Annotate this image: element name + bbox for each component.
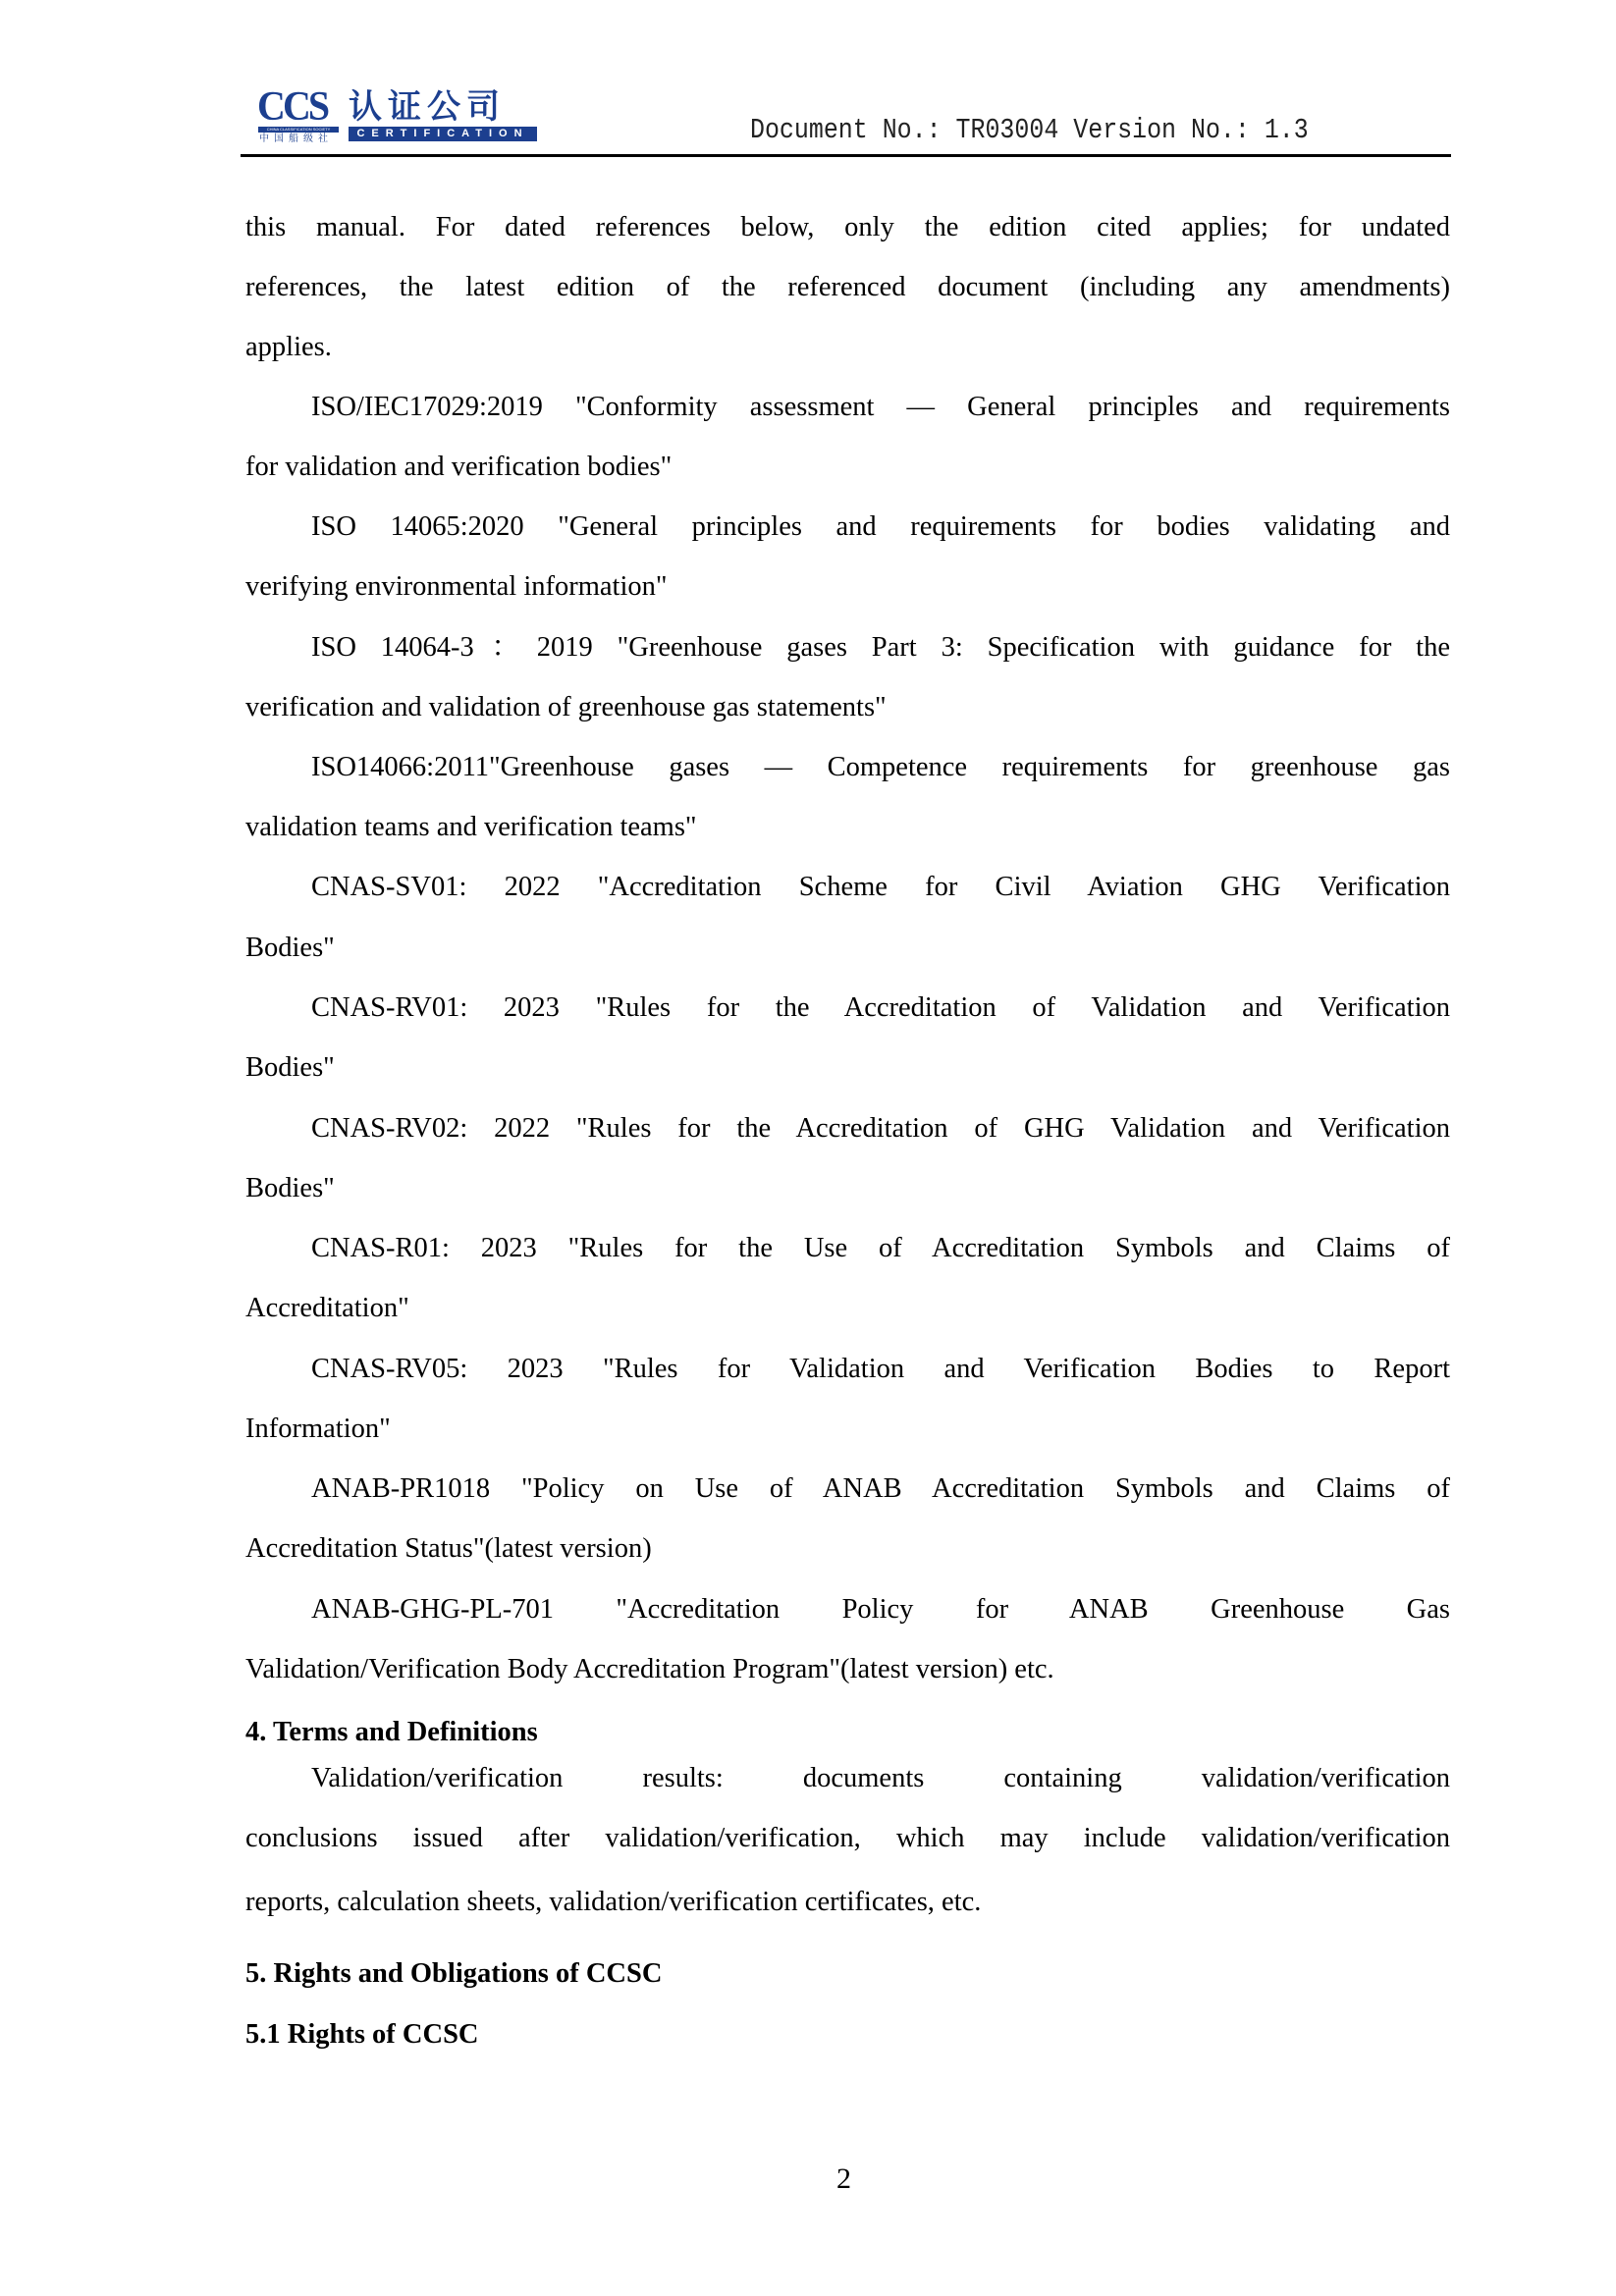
body-text-line: Information" — [245, 1413, 1450, 1446]
body-text-line: ISO14066:2011"Greenhouse gases — Compete… — [311, 751, 1450, 784]
body-text-line: for validation and verification bodies" — [245, 451, 1450, 484]
body-text-line: CNAS-RV02: 2022 "Rules for the Accredita… — [311, 1112, 1450, 1146]
header-divider — [241, 154, 1451, 157]
body-text-line: applies. — [245, 331, 1450, 364]
body-text-line: Bodies" — [245, 1051, 1450, 1085]
body-text-line: this manual. For dated references below,… — [245, 211, 1450, 244]
logo-society-english: CHINA CLASSIFICATION SOCIETY — [258, 127, 339, 133]
ccs-certification-logo: CCS CHINA CLASSIFICATION SOCIETY 中国船级社 认… — [257, 88, 538, 147]
body-text-line: CNAS-SV01: 2022 "Accreditation Scheme fo… — [311, 871, 1450, 904]
body-text-line: ISO 14065:2020 "General principles and r… — [311, 510, 1450, 544]
body-text-line: Validation/Verification Body Accreditati… — [245, 1653, 1450, 1686]
body-text-line: ISO 14064-3：2019 "Greenhouse gases Part … — [311, 631, 1450, 665]
body-text-line: references, the latest edition of the re… — [245, 271, 1450, 304]
page-number: 2 — [836, 2163, 851, 2196]
body-text-line: Accreditation Status"(latest version) — [245, 1532, 1450, 1566]
body-text-line: CNAS-RV01: 2023 "Rules for the Accredita… — [311, 991, 1450, 1025]
document-number-version: Document No.: TR03004 Version No.: 1.3 — [750, 114, 1309, 147]
body-text-line: validation teams and verification teams" — [245, 811, 1450, 844]
body-text-line: verification and validation of greenhous… — [245, 691, 1450, 724]
logo-certification-bar: CERTIFICATION — [349, 127, 537, 141]
body-text-line: Validation/verification results: documen… — [311, 1762, 1450, 1795]
logo-company-chinese: 认证公司 — [349, 88, 537, 126]
section-heading: 4. Terms and Definitions — [245, 1716, 1450, 1749]
body-text-line: conclusions issued after validation/veri… — [245, 1822, 1450, 1855]
body-text-line: ANAB-GHG-PL-701 "Accreditation Policy fo… — [311, 1593, 1450, 1627]
body-text-line: CNAS-RV05: 2023 "Rules for Validation an… — [311, 1353, 1450, 1386]
section-heading: 5.1 Rights of CCSC — [245, 2018, 1450, 2052]
body-text-line: ISO/IEC17029:2019 "Conformity assessment… — [311, 391, 1450, 424]
body-text-line: reports, calculation sheets, validation/… — [245, 1886, 1450, 1919]
body-text-line: Bodies" — [245, 1172, 1450, 1205]
logo-ccs-wordmark: CCS — [257, 88, 336, 126]
body-text-line: CNAS-R01: 2023 "Rules for the Use of Acc… — [311, 1232, 1450, 1265]
body-text-line: verifying environmental information" — [245, 570, 1450, 604]
document-page: CCS CHINA CLASSIFICATION SOCIETY 中国船级社 认… — [0, 0, 1616, 2296]
body-text-line: Bodies" — [245, 932, 1450, 965]
body-text-line: Accreditation" — [245, 1292, 1450, 1325]
section-heading: 5. Rights and Obligations of CCSC — [245, 1957, 1450, 1991]
logo-society-chinese: 中国船级社 — [259, 133, 340, 145]
body-text-line: ANAB-PR1018 "Policy on Use of ANAB Accre… — [311, 1472, 1450, 1506]
